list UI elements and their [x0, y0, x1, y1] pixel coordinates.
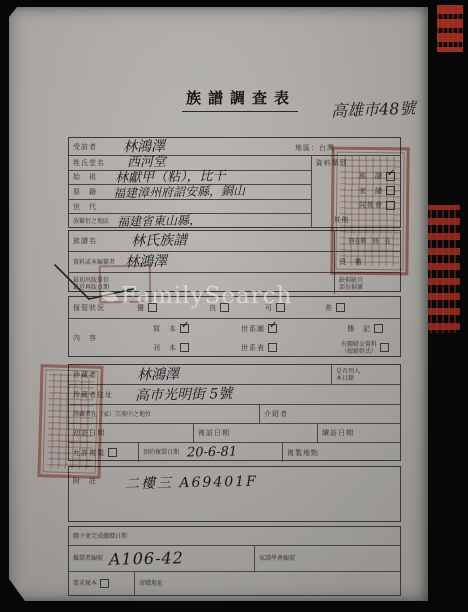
scanned-page-background: { "colors": { "seal_red": "#a83a2e", "pa… — [0, 0, 468, 612]
condition-option: 差 — [321, 303, 345, 313]
red-seal-fragment-top-right — [437, 5, 463, 52]
section-filming: 贈予並完成繳贈日期 攝製者編號 A106-42 家譜學會編號 要求複本 寄贈地址 — [68, 526, 401, 596]
red-seal-stamp-left — [37, 364, 103, 479]
origin-value: 福建漳州府詔安縣，銅山 — [113, 185, 245, 200]
genealogy-name-value: 林氏族譜 — [131, 233, 187, 248]
check-mark: ✓ — [181, 320, 189, 331]
form-title: 族譜調查表 — [182, 87, 298, 112]
founder-value: 林獻甲（粘），比干 — [115, 170, 226, 185]
row-donation-date: 贈予並完成繳贈日期 — [69, 527, 400, 546]
content-option: 刊 本 — [149, 343, 237, 353]
option-label: 傳 記 — [343, 324, 371, 334]
damage-label: 缺損缺頁 — [335, 277, 400, 284]
origin-label: 原 籍 — [69, 187, 97, 197]
option-label: 寫 本 — [149, 324, 177, 334]
option-label: 世系圖 — [237, 324, 265, 334]
row-position: 珍藏者在（家）宗族中之地位 介紹者 — [69, 405, 400, 424]
listed-label: 是否列入 — [332, 368, 360, 375]
checkbox: ✓ — [268, 324, 277, 333]
option-label: 世系表 — [237, 343, 265, 353]
introducer-label: 介紹者 — [260, 409, 288, 419]
genealogy-name-label: 族譜名 — [69, 236, 97, 246]
checkbox — [100, 579, 109, 588]
option-label: 刊 本 — [149, 343, 177, 353]
checkbox — [336, 303, 345, 312]
option-label: 有關婦女資料 — [337, 341, 377, 348]
checkbox — [374, 324, 383, 333]
checkbox — [268, 343, 277, 352]
row-copy-permission: 允許複製 預約複製日期 20-6-81 複製地點 — [69, 443, 400, 462]
filmer-number-label: 攝製者編號 — [69, 555, 103, 562]
row-owner-address: 珍藏者住址 高市光明街 5號 — [69, 385, 400, 405]
followup-label: 續訪日期 — [318, 428, 354, 438]
row-spread: 族繁衍之地區 福建省東山縣， — [69, 214, 311, 228]
seal-pattern — [335, 152, 404, 271]
row-visit-dates: 初訪日期 複訪日期 續訪日期 — [69, 424, 400, 443]
red-seal-stamp-large — [330, 147, 409, 276]
row-generations: 世 代 — [69, 200, 311, 215]
row-founder: 始 祖 林獻甲（粘），比干 — [69, 171, 311, 186]
content-label: 內 容 — [69, 333, 149, 343]
row-filmer-number: 攝製者編號 A106-42 家譜學會編號 — [69, 546, 400, 572]
row-owner: 珍藏者 林鴻澤 是否列入 本目錄 — [69, 365, 400, 385]
hall-value: 西河堂 — [127, 156, 166, 170]
appointment-date-value: 20-6-81 — [187, 445, 237, 459]
copy-request-label: 要求複本 — [69, 580, 97, 587]
revisit-label: 複訪日期 — [194, 428, 230, 438]
checkbox — [380, 343, 389, 352]
checkbox — [180, 343, 189, 352]
row-hall: 姓氏堂名 西河堂 — [69, 156, 311, 171]
checkbox: ✓ — [180, 324, 189, 333]
partial-damage-label: 部份損壞 — [335, 284, 400, 291]
owner-value: 林鴻澤 — [137, 367, 179, 382]
send-address-label: 寄贈地址 — [135, 580, 163, 587]
red-seal-fragment-right-margin — [424, 203, 464, 335]
spread-value: 福建省東山縣， — [117, 214, 201, 228]
check-mark: ✓ — [269, 320, 277, 331]
content-option-women: 有關婦女資料 （媳婦姓氏） — [329, 341, 400, 355]
seal-pattern — [43, 369, 99, 473]
interviewee-value: 林鴻澤 — [123, 139, 165, 154]
society-number-label: 家譜學會編號 — [255, 555, 295, 562]
red-seal-fragment-small — [99, 265, 152, 304]
content-option: 世系圖 ✓ — [237, 324, 329, 334]
option-label: 差 — [321, 303, 333, 313]
checkbox — [148, 303, 157, 312]
row-origin: 原 籍 福建漳州府詔安縣，銅山 — [69, 185, 311, 200]
copy-place-label: 複製地點 — [283, 448, 319, 458]
region-label: 地區：台灣 — [291, 143, 335, 153]
option-sublabel: （媳婦姓氏） — [337, 348, 377, 355]
section-owner: 珍藏者 林鴻澤 是否列入 本目錄 珍藏者住址 高市光明街 5號 珍藏者在（家）宗… — [68, 364, 401, 461]
option-label: 可 — [261, 303, 273, 313]
paper-sheet: 族譜調查表 高雄市48號 受訪者 林鴻澤 地區：台灣 姓氏堂名 西河堂 始 祖 … — [9, 7, 428, 601]
contents-grid: 內 容 寫 本 ✓ 世系圖 ✓ 傳 記 刊 本 世系表 — [69, 319, 400, 357]
corner-annotation-handwritten: 高雄市48號 — [331, 96, 416, 122]
section-note: 附 註 二樓三 A69401F — [68, 466, 401, 522]
founder-label: 始 祖 — [69, 172, 97, 182]
filmer-number-value: A106-42 — [109, 550, 184, 568]
note-value: 二樓三 A69401F — [125, 475, 258, 492]
content-option: 傳 記 — [329, 324, 400, 334]
condition-option: 良 — [205, 303, 229, 313]
condition-option: 可 — [261, 303, 285, 313]
appointment-label: 預約複製日期 — [139, 449, 179, 456]
content-option: 世系表 — [237, 343, 329, 353]
content-option: 寫 本 ✓ — [149, 324, 237, 334]
hall-label: 姓氏堂名 — [69, 158, 105, 168]
spread-label: 族繁衍之地區 — [69, 218, 109, 225]
checkbox — [220, 303, 229, 312]
checkbox — [108, 448, 117, 457]
donation-date-label: 贈予並完成繳贈日期 — [69, 533, 127, 540]
row-copy-request: 要求複本 寄贈地址 — [69, 572, 400, 595]
listed-catalog-label: 本目錄 — [332, 375, 354, 382]
checkbox — [276, 303, 285, 312]
interviewee-label: 受訪者 — [69, 142, 97, 152]
owner-address-value: 高市光明街 5號 — [135, 386, 233, 402]
option-label: 良 — [205, 303, 217, 313]
generations-label: 世 代 — [69, 202, 97, 212]
